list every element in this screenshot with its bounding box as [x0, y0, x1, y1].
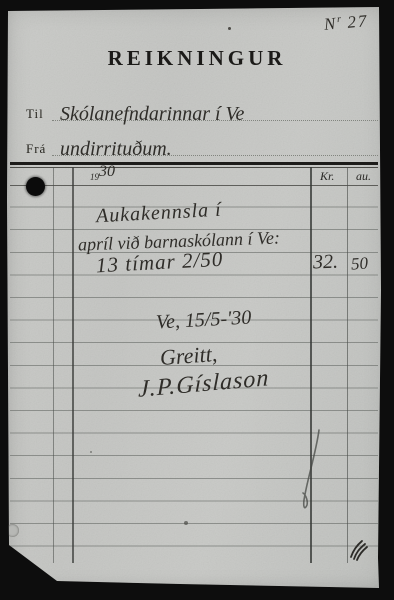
amount-kronur: 32.	[313, 251, 339, 275]
sender-label: Frá	[26, 141, 46, 157]
document-title: REIKNINGUR	[0, 46, 394, 71]
nr-superscript: r	[336, 14, 341, 25]
amount-aurar: 50	[350, 253, 368, 274]
nr-prefix: N	[323, 14, 338, 34]
column-header-au: au.	[356, 169, 371, 184]
year-handwritten: 30	[99, 163, 115, 181]
recipient-row: Til Skólanefndarinnar í Ve	[26, 98, 378, 124]
sender-row: Frá undirrituðum.	[26, 133, 378, 159]
column-line-au	[347, 167, 348, 563]
table-header-underline	[10, 185, 378, 186]
year-printed: 19	[90, 172, 99, 182]
paper-speck	[184, 521, 188, 525]
column-line-date	[53, 167, 54, 563]
paper-sheet: Nr 27 REIKNINGUR Til Skólanefndarinnar í…	[0, 0, 394, 600]
paper-speck	[90, 451, 92, 453]
table-top-border-inner	[10, 167, 378, 168]
paper-speck	[228, 27, 231, 30]
nr-value: 27	[346, 11, 369, 32]
invoice-number-note: Nr 27	[323, 11, 369, 35]
paid-note: Greitt,	[159, 341, 218, 371]
punch-hole	[26, 177, 45, 196]
recipient-value: Skólanefndarinnar í Ve	[60, 103, 244, 126]
scanned-invoice: Nr 27 REIKNINGUR Til Skólanefndarinnar í…	[0, 0, 394, 600]
faint-punch-hole	[6, 524, 19, 537]
sender-value: undirrituðum.	[60, 138, 172, 161]
column-line-description	[72, 167, 74, 563]
column-header-kr: Kr.	[320, 169, 334, 184]
table-top-border	[10, 162, 378, 165]
recipient-label: Til	[26, 106, 44, 122]
column-line-kr	[310, 167, 312, 563]
